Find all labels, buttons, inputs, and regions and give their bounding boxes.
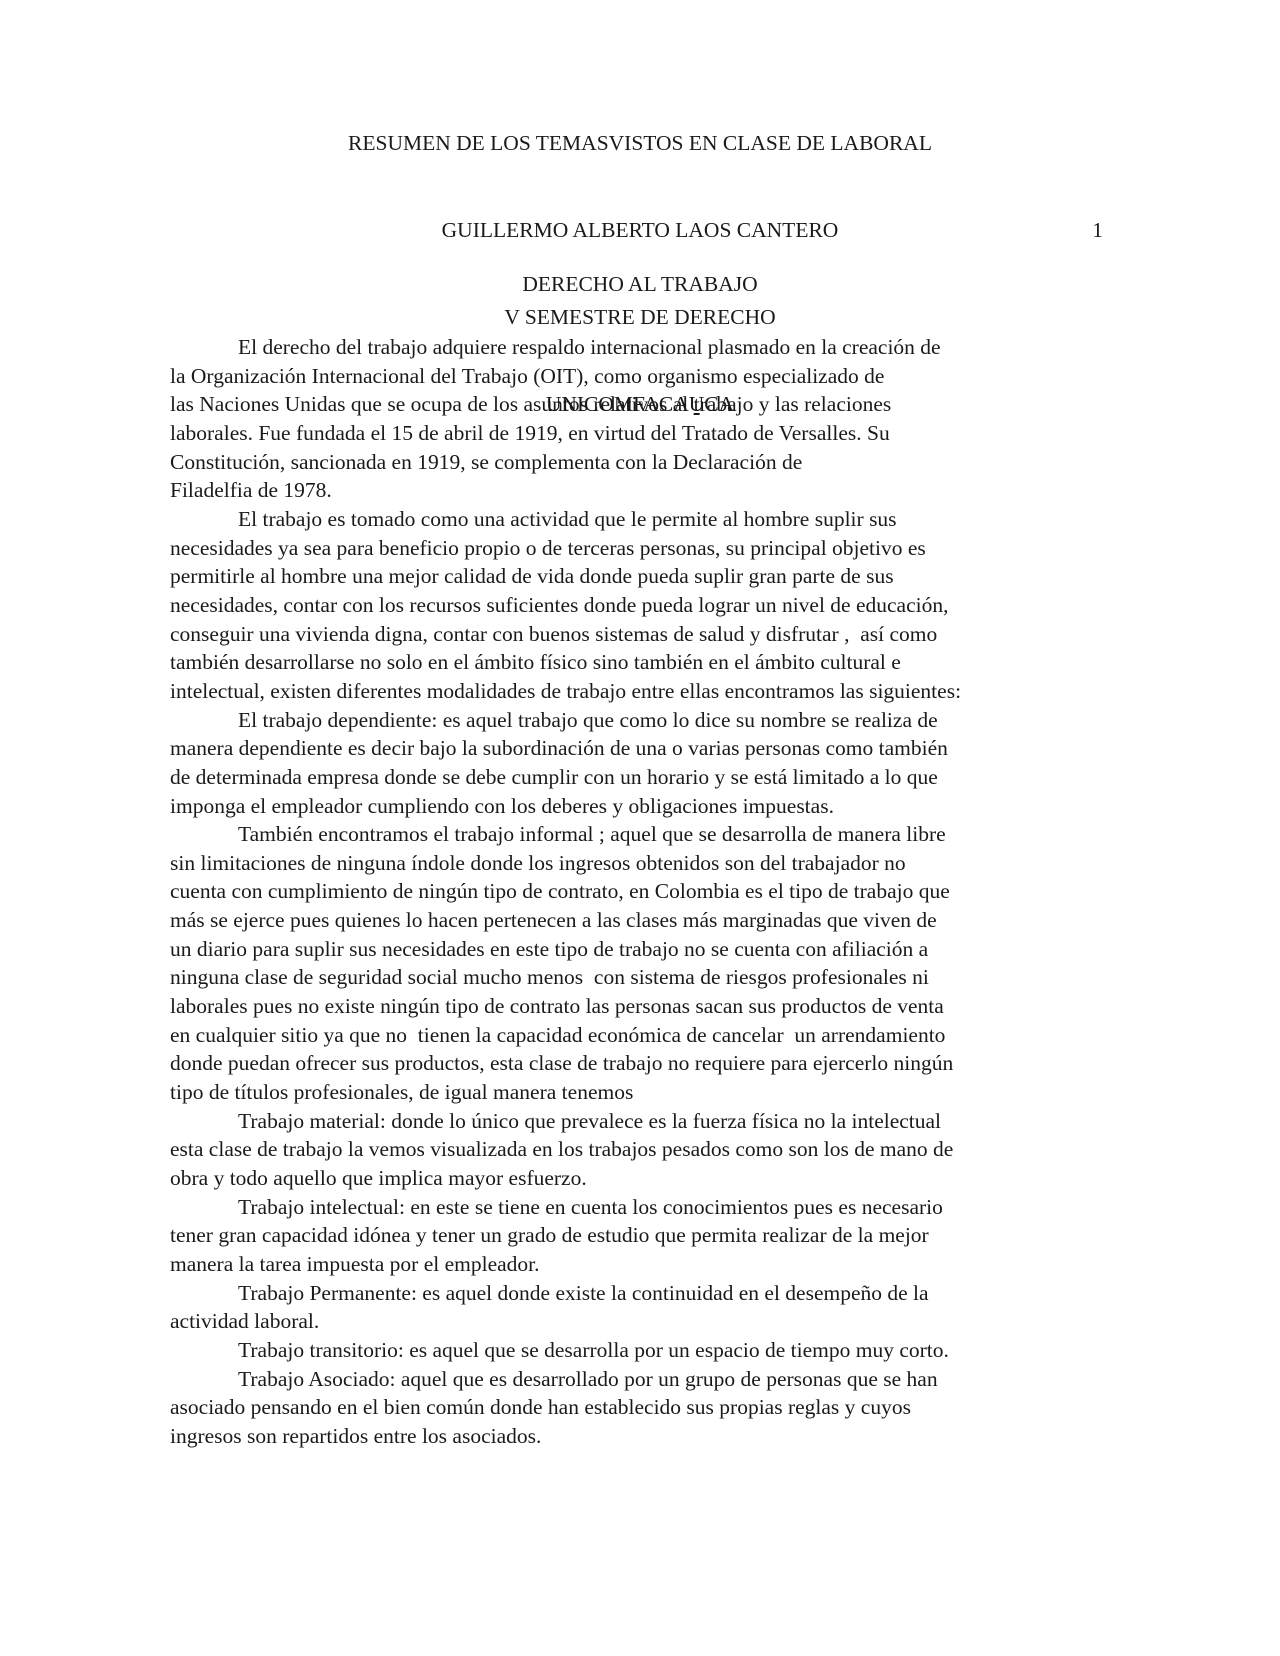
document-title: DERECHO AL TRABAJO	[0, 270, 1280, 299]
paragraph-trabajo-asociado: Trabajo Asociado: aquel que es desarroll…	[170, 1365, 1115, 1451]
document-body: El derecho del trabajo adquiere respaldo…	[170, 333, 1115, 1451]
paragraph-trabajo-intelectual: Trabajo intelectual: en este se tiene en…	[170, 1193, 1115, 1279]
paragraph-trabajo-dependiente: El trabajo dependiente: es aquel trabajo…	[170, 706, 1115, 821]
document-page: RESUMEN DE LOS TEMASVISTOS EN CLASE DE L…	[0, 0, 1280, 1656]
page-number: 1	[0, 216, 1103, 245]
paragraph-trabajo-informal: También encontramos el trabajo informal …	[170, 820, 1115, 1107]
paragraph-trabajo-transitorio: Trabajo transitorio: es aquel que se des…	[170, 1336, 1115, 1365]
paragraph-trabajo-actividad: El trabajo es tomado como una actividad …	[170, 505, 1115, 706]
paragraph-oit: El derecho del trabajo adquiere respaldo…	[170, 333, 1115, 505]
paragraph-trabajo-permanente: Trabajo Permanente: es aquel donde exist…	[170, 1279, 1115, 1336]
header-line-3: V SEMESTRE DE DERECHO	[0, 303, 1280, 332]
paragraph-trabajo-material: Trabajo material: donde lo único que pre…	[170, 1107, 1115, 1193]
header-line-1: RESUMEN DE LOS TEMASVISTOS EN CLASE DE L…	[0, 129, 1280, 158]
